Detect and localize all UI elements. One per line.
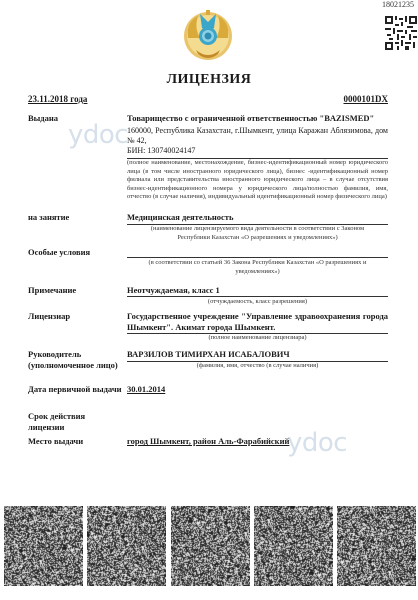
special-conditions-hint: (в соответствии со статьей 36 Закона Рес… <box>127 259 388 276</box>
activity-label: на занятие <box>28 212 69 223</box>
activity-value: Медицинская деятельность <box>127 212 388 223</box>
place-value: город Шымкент, район Аль-Фарабийский <box>127 436 388 447</box>
qr-code-icon <box>87 506 166 586</box>
qr-code-icon <box>254 506 333 586</box>
head-hint: (фамилия, имя, отчество (в случае наличи… <box>127 362 388 371</box>
watermark: ydoc <box>68 120 128 150</box>
licensor-value: Государственное учреждение "Управление з… <box>127 311 388 332</box>
qr-code-icon <box>385 16 417 50</box>
issued-to-address: 160000, Республика Казахстан, г.Шымкент,… <box>127 126 388 146</box>
document-serial-number: 18021235 <box>382 0 414 9</box>
note-value: Неотчуждаемая, класс 1 <box>127 285 388 296</box>
qr-code-icon <box>171 506 250 586</box>
special-conditions-label: Особые условия <box>28 247 90 258</box>
head-value: ВАРЗИЛОВ ТИМИРХАН ИСАБАЛОВИЧ <box>127 349 388 360</box>
divider <box>127 257 388 258</box>
issued-to-name: Товарищество с ограниченной ответственно… <box>127 113 388 124</box>
issue-date: 23.11.2018 года <box>28 94 87 104</box>
divider <box>127 296 388 297</box>
license-number: 0000101DX <box>344 94 389 104</box>
head-label-line1: Руководитель <box>28 349 118 360</box>
first-issue-value: 30.01.2014 <box>127 384 388 395</box>
qr-code-strip <box>4 506 416 586</box>
licensor-hint: (полное наименование лицензиара) <box>127 334 388 343</box>
issued-to-hint: (полное наименование, местонахождение, б… <box>127 159 388 202</box>
qr-code-icon <box>337 506 416 586</box>
activity-hint: (наименование лицензируемого вида деятел… <box>127 225 388 242</box>
head-label: Руководитель (уполномоченное лицо) <box>28 349 118 371</box>
qr-code-icon <box>4 506 83 586</box>
document-title: ЛИЦЕНЗИЯ <box>0 72 418 88</box>
head-label-line2: (уполномоченное лицо) <box>28 360 118 371</box>
validity-label-line1: Срок действия <box>28 411 85 422</box>
issued-to-bin: БИН: 130740024147 <box>127 146 388 156</box>
place-label: Место выдачи <box>28 436 83 447</box>
validity-label: Срок действия лицензии <box>28 411 85 433</box>
validity-label-line2: лицензии <box>28 422 85 433</box>
state-emblem-icon <box>182 8 234 62</box>
licensor-label: Лицензиар <box>28 311 70 322</box>
issued-to-label: Выдана <box>28 113 58 124</box>
note-hint: (отчуждаемость, класс разрешения) <box>127 298 388 307</box>
first-issue-label: Дата первичной выдачи <box>28 384 122 395</box>
note-label: Примечание <box>28 285 76 296</box>
